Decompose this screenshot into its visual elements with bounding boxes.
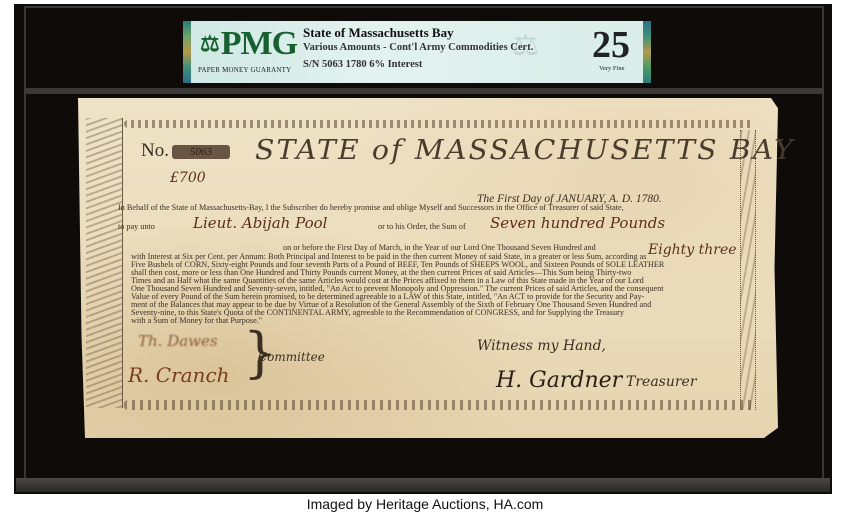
number-label: No. xyxy=(141,140,169,162)
grade-number: 25 xyxy=(592,26,630,64)
committee-label: Committee xyxy=(258,350,325,364)
payee-handwritten: Lieut. Abijah Pool xyxy=(193,214,327,232)
amount: £700 xyxy=(170,170,206,186)
sum-handwritten: Seven hundred Pounds xyxy=(490,214,665,232)
label-title: State of Massachusetts Bay xyxy=(303,25,454,41)
text-line-4: on or before the First Day of March, in … xyxy=(283,243,596,252)
witness-text: Witness my Hand, xyxy=(477,338,606,354)
committee-signature-2: R. Cranch xyxy=(128,363,230,387)
holder-bottom-edge xyxy=(16,478,830,492)
number-value: 5063 xyxy=(172,145,230,159)
bottom-ornamental-border xyxy=(124,400,754,410)
committee-signature-1: Th. Dawes xyxy=(138,332,218,350)
scales-watermark-icon: ⚖ xyxy=(512,28,542,78)
holder-divider xyxy=(24,88,824,94)
top-ornamental-border xyxy=(124,120,754,128)
pmg-tagline: PAPER MONEY GUARANTY xyxy=(198,66,291,74)
grade-description: Very Fine xyxy=(599,65,624,72)
pmg-logo: ⚖PMG xyxy=(200,26,297,62)
hologram-strip-left xyxy=(183,21,191,83)
label-description: Various Amounts - Cont'l Army Commoditie… xyxy=(303,42,533,53)
treasurer-signature: H. Gardner xyxy=(496,368,622,393)
treasurer-label: Treasurer xyxy=(626,374,697,390)
pmg-logo-text: PMG xyxy=(221,25,297,62)
right-ornamental-border xyxy=(740,130,756,410)
certificate-title: STATE of MASSACHUSETTS BAY xyxy=(255,135,795,166)
hologram-strip-right xyxy=(643,21,651,83)
label-serial: S/N 5063 1780 6% Interest xyxy=(303,59,422,70)
text-line-3: or to his Order, the Sum of xyxy=(378,222,466,231)
image-credit: Imaged by Heritage Auctions, HA.com xyxy=(0,496,850,512)
text-line-2: to pay unto xyxy=(118,222,155,231)
left-ornamental-border xyxy=(86,118,123,408)
year-handwritten: Eighty three xyxy=(648,242,737,258)
text-line-1: In Behalf of the State of Massachusetts-… xyxy=(118,203,624,212)
scales-icon: ⚖ xyxy=(200,26,219,62)
